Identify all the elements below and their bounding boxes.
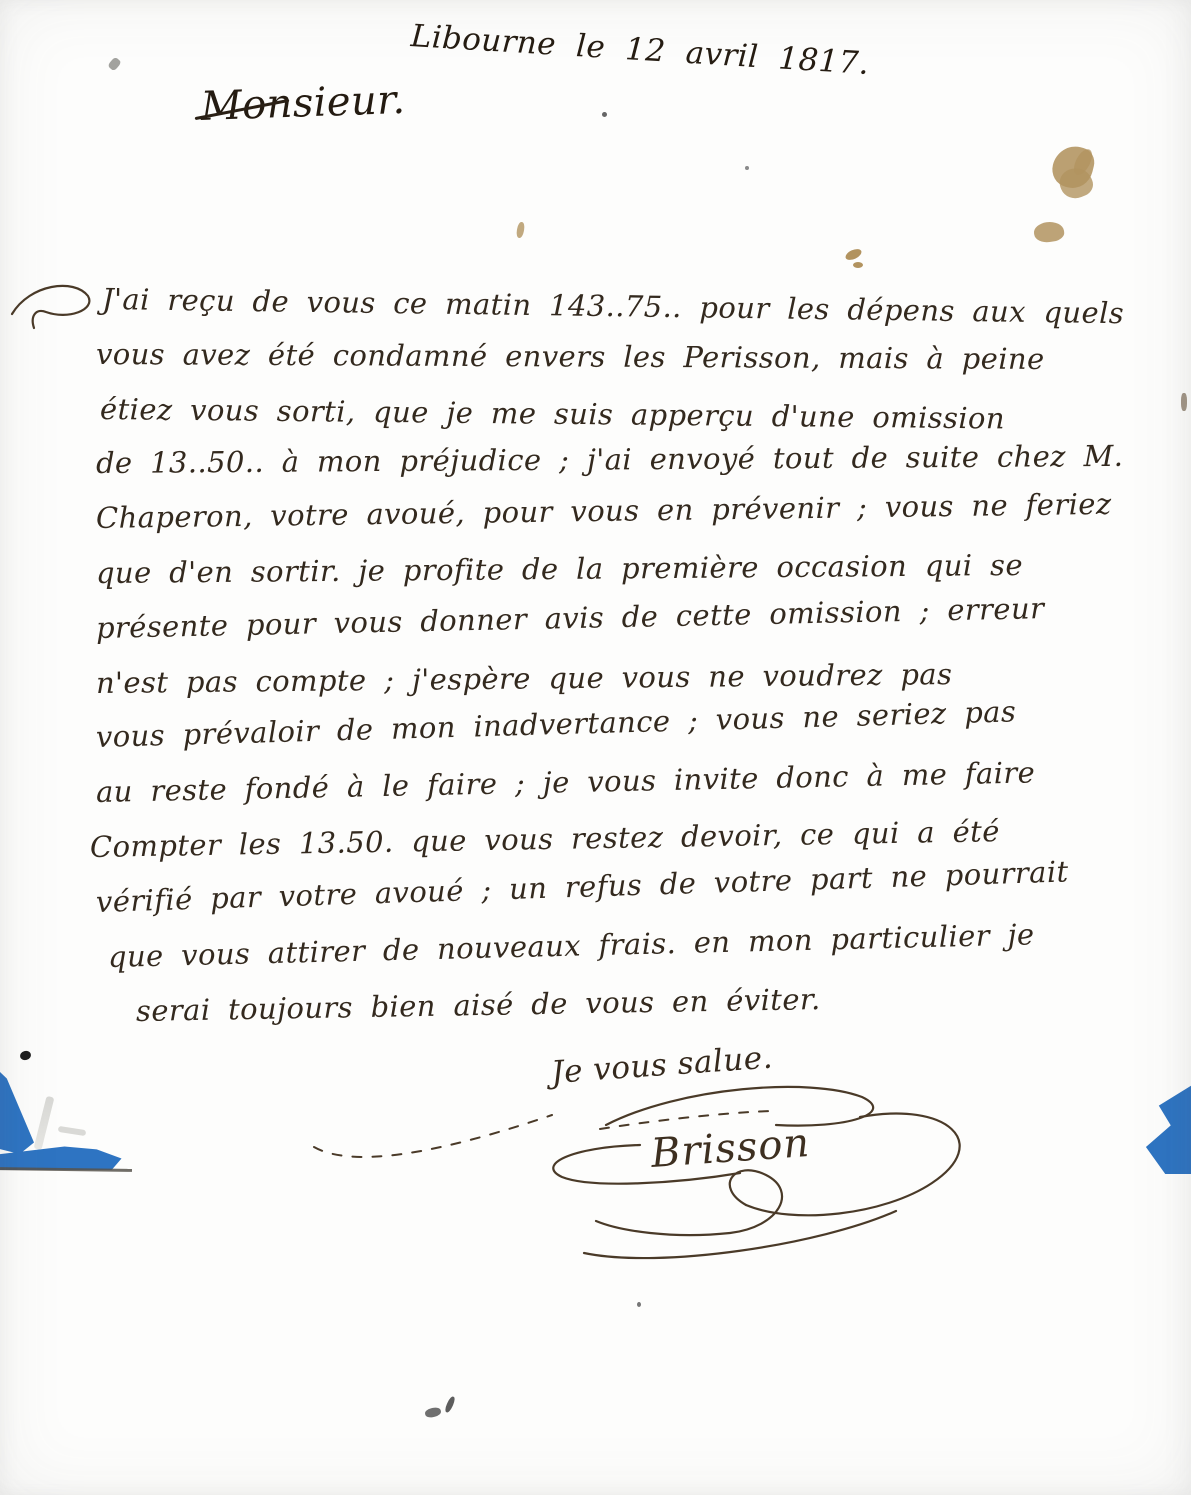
pen-flourish <box>8 266 100 348</box>
corner-shadow-line <box>0 1167 132 1172</box>
ink-dot <box>19 1050 32 1062</box>
closing-signature-block: Je vous salue. Brisson <box>300 1025 1020 1295</box>
paper-speck <box>602 112 607 117</box>
ink-stain <box>1033 220 1065 244</box>
signature-flourish <box>584 1211 896 1258</box>
paper-speck <box>107 57 122 72</box>
ink-stain <box>516 222 526 239</box>
letter-page: Libourne le 12 avril 1817. Monsieur. J'a… <box>0 0 1191 1495</box>
ink-stain <box>853 262 863 268</box>
letter-line: vous avez été condamné envers les Periss… <box>96 327 1156 387</box>
blue-corner-mark-right <box>1145 1084 1191 1174</box>
blue-corner-mark-left <box>0 1072 34 1154</box>
closing-flourish <box>314 1115 552 1157</box>
signature: Brisson <box>648 1120 811 1177</box>
paper-speck <box>745 166 749 170</box>
paper-speck <box>444 1396 456 1414</box>
signature-flourish <box>606 1087 873 1126</box>
letter-body: J'ai reçu de vous ce matin 143..75.. pou… <box>96 272 1156 1039</box>
paper-crease <box>34 1096 55 1150</box>
paper-speck <box>1181 393 1187 411</box>
paper-crease <box>58 1126 87 1136</box>
paper-speck <box>424 1406 442 1418</box>
ink-stain <box>844 247 863 262</box>
closing-text: Je vous salue. <box>544 1040 774 1092</box>
paper-speck <box>637 1302 641 1307</box>
salutation: Monsieur. <box>200 77 406 130</box>
dateline: Libourne le 12 avril 1817. <box>410 18 891 83</box>
